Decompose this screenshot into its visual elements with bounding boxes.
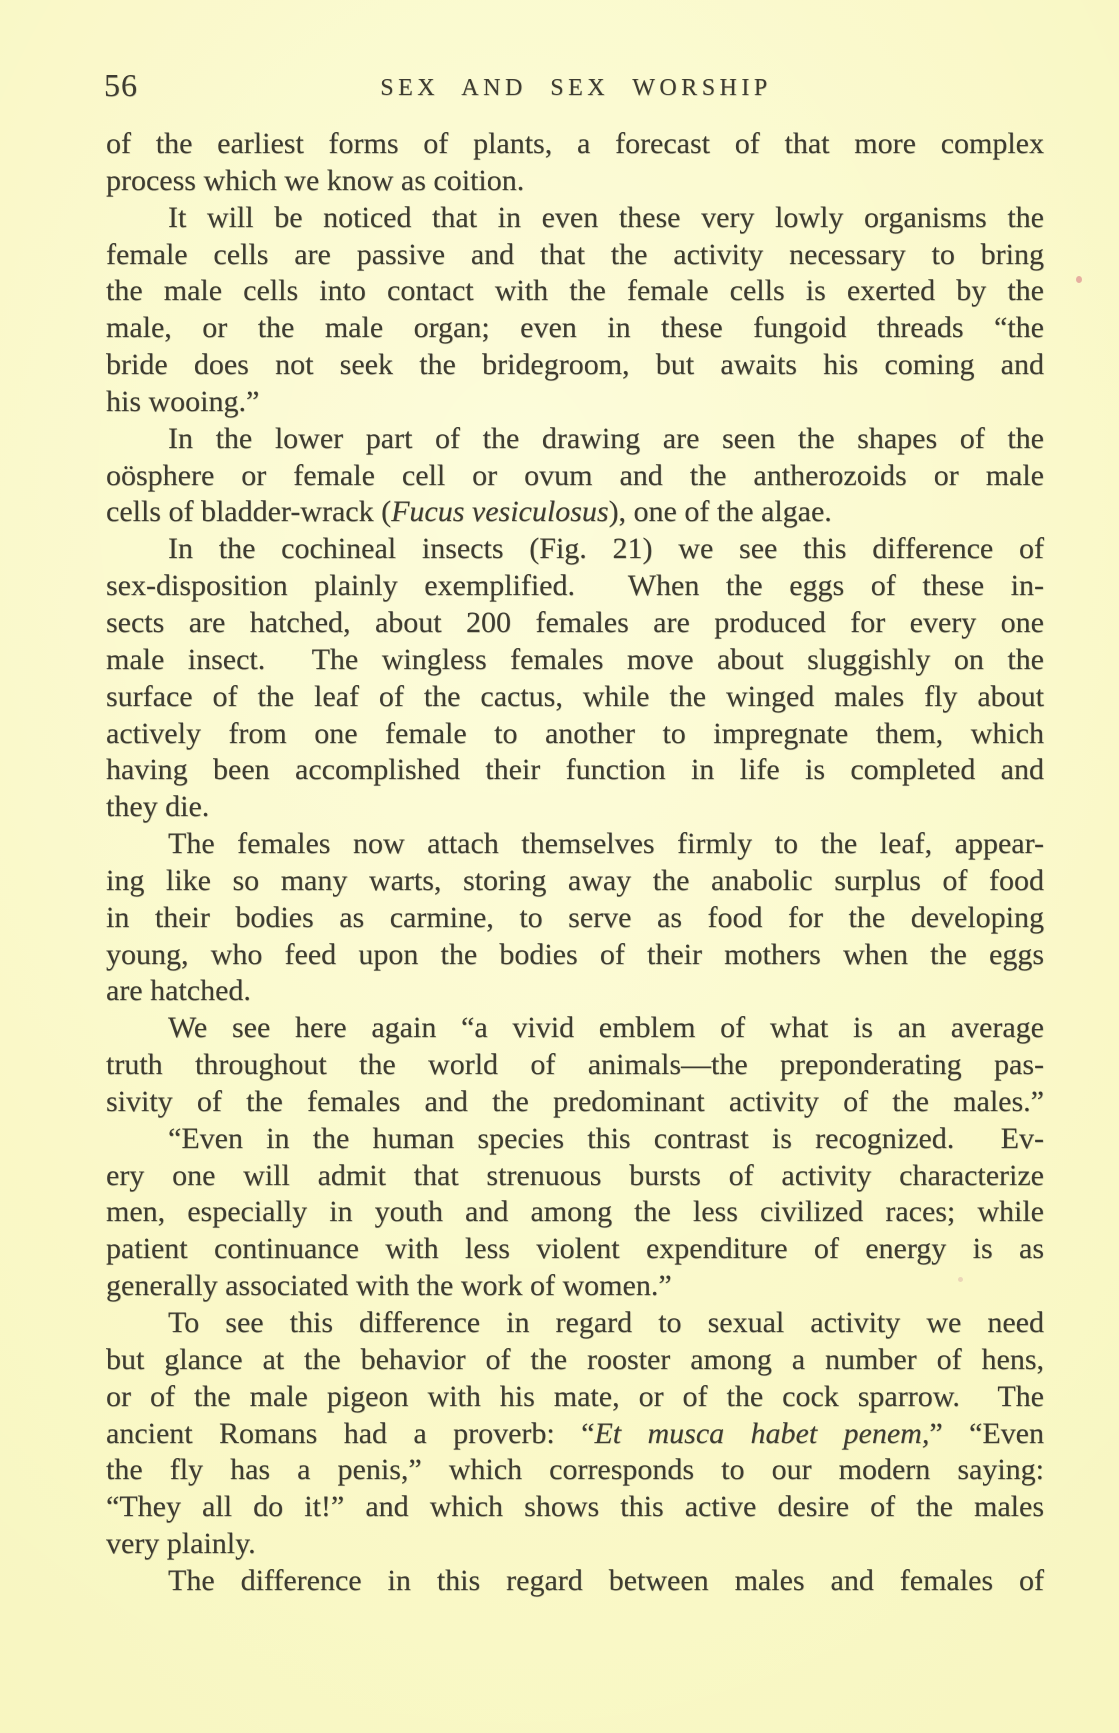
- text-segment: ancient Romans had a proverb: “: [106, 1417, 594, 1450]
- text-line: To see this difference in regard to sexu…: [106, 1305, 1044, 1342]
- text-segment: The females now attach themselves firmly…: [168, 827, 1044, 860]
- scan-speck: [1076, 276, 1082, 283]
- text-line: sivity of the females and the predominan…: [106, 1084, 1044, 1121]
- text-line: “Even in the human species this contrast…: [106, 1121, 1044, 1158]
- text-segment: young, who feed upon the bodies of their…: [106, 938, 1044, 971]
- text-line: his wooing.”: [106, 384, 1044, 421]
- text-segment: sex-disposition plainly exemplified. Whe…: [106, 569, 1044, 602]
- text-segment: truth throughout the world of animals—th…: [106, 1048, 1044, 1081]
- text-segment: oösphere or female cell or ovum and the …: [106, 459, 1044, 492]
- text-line: the male cells into contact with the fem…: [106, 273, 1044, 310]
- text-segment: male insect. The wingless females move a…: [106, 643, 1044, 676]
- text-segment: The difference in this regard between ma…: [168, 1564, 1044, 1597]
- text-segment: process which we know as coition.: [106, 164, 524, 197]
- text-line: men, especially in youth and among the l…: [106, 1194, 1044, 1231]
- book-page: 56 SEX AND SEX WORSHIP of the earliest f…: [0, 0, 1119, 1733]
- text-line: The difference in this regard between ma…: [106, 1563, 1044, 1600]
- text-line: female cells are passive and that the ac…: [106, 237, 1044, 274]
- text-line: young, who feed upon the bodies of their…: [106, 937, 1044, 974]
- text-segment: his wooing.”: [106, 385, 259, 418]
- text-segment: sivity of the females and the predominan…: [106, 1085, 1044, 1118]
- text-segment: ), one of the algae.: [609, 495, 832, 528]
- text-line: It will be noticed that in even these ve…: [106, 200, 1044, 237]
- text-segment: female cells are passive and that the ac…: [106, 238, 1044, 271]
- text-segment: ing like so many warts, storing away the…: [106, 864, 1044, 897]
- text-segment: It will be noticed that in even these ve…: [168, 201, 1044, 234]
- text-segment: actively from one female to another to i…: [106, 717, 1044, 750]
- text-line: In the cochineal insects (Fig. 21) we se…: [106, 531, 1044, 568]
- text-line: In the lower part of the drawing are see…: [106, 421, 1044, 458]
- text-segment: patient continuance with less violent ex…: [106, 1232, 1044, 1265]
- text-line: cells of bladder-wrack (Fucus vesiculosu…: [106, 494, 1044, 531]
- text-line: “They all do it!” and which shows this a…: [106, 1489, 1044, 1526]
- text-segment: the male cells into contact with the fem…: [106, 274, 1044, 307]
- text-line: bride does not seek the bridegroom, but …: [106, 347, 1044, 384]
- text-line: or of the male pigeon with his mate, or …: [106, 1379, 1044, 1416]
- text-line: The females now attach themselves firmly…: [106, 826, 1044, 863]
- italic-text: Et musca habet penem,: [594, 1417, 929, 1450]
- text-line: in their bodies as carmine, to serve as …: [106, 900, 1044, 937]
- text-segment: cells of bladder-wrack (: [106, 495, 391, 528]
- text-segment: ” “Even: [929, 1417, 1044, 1450]
- text-line: We see here again “a vivid emblem of wha…: [106, 1010, 1044, 1047]
- text-segment: generally associated with the work of wo…: [106, 1269, 672, 1302]
- text-segment: To see this difference in regard to sexu…: [168, 1306, 1044, 1339]
- text-line: but glance at the behavior of the rooste…: [106, 1342, 1044, 1379]
- text-line: sex-disposition plainly exemplified. Whe…: [106, 568, 1044, 605]
- text-segment: sects are hatched, about 200 females are…: [106, 606, 1044, 639]
- text-segment: male, or the male organ; even in these f…: [106, 311, 1044, 344]
- text-line: surface of the leaf of the cactus, while…: [106, 679, 1044, 716]
- text-segment: In the cochineal insects (Fig. 21) we se…: [168, 532, 1044, 565]
- text-line: process which we know as coition.: [106, 163, 1044, 200]
- text-line: sects are hatched, about 200 females are…: [106, 605, 1044, 642]
- text-segment: but glance at the behavior of the rooste…: [106, 1343, 1044, 1376]
- text-segment: bride does not seek the bridegroom, but …: [106, 348, 1044, 381]
- text-line: they die.: [106, 789, 1044, 826]
- text-segment: We see here again “a vivid emblem of wha…: [168, 1011, 1044, 1044]
- text-segment: of the earliest forms of plants, a forec…: [106, 127, 1044, 160]
- text-segment: “Even in the human species this contrast…: [168, 1122, 1044, 1155]
- text-segment: ery one will admit that strenuous bursts…: [106, 1159, 1044, 1192]
- text-line: male insect. The wingless females move a…: [106, 642, 1044, 679]
- text-segment: are hatched.: [106, 974, 251, 1007]
- text-segment: men, especially in youth and among the l…: [106, 1195, 1044, 1228]
- text-segment: In the lower part of the drawing are see…: [168, 422, 1044, 455]
- text-segment: “They all do it!” and which shows this a…: [106, 1490, 1044, 1523]
- text-line: patient continuance with less violent ex…: [106, 1231, 1044, 1268]
- text-line: truth throughout the world of animals—th…: [106, 1047, 1044, 1084]
- text-segment: very plainly.: [106, 1527, 256, 1560]
- text-line: very plainly.: [106, 1526, 1044, 1563]
- text-line: ing like so many warts, storing away the…: [106, 863, 1044, 900]
- text-line: generally associated with the work of wo…: [106, 1268, 1044, 1305]
- italic-text: Fucus vesiculosus: [391, 495, 608, 528]
- scan-speck: [958, 1277, 963, 1282]
- text-segment: having been accomplished their function …: [106, 753, 1044, 786]
- text-line: oösphere or female cell or ovum and the …: [106, 458, 1044, 495]
- text-segment: they die.: [106, 790, 209, 823]
- body-text: of the earliest forms of plants, a forec…: [106, 126, 1044, 1600]
- text-line: the fly has a penis,” which corresponds …: [106, 1452, 1044, 1489]
- running-header: SEX AND SEX WORSHIP: [106, 73, 1046, 103]
- text-line: ery one will admit that strenuous bursts…: [106, 1158, 1044, 1195]
- text-segment: surface of the leaf of the cactus, while…: [106, 680, 1044, 713]
- text-line: actively from one female to another to i…: [106, 716, 1044, 753]
- text-segment: the fly has a penis,” which corresponds …: [106, 1453, 1044, 1486]
- text-segment: or of the male pigeon with his mate, or …: [106, 1380, 1044, 1413]
- text-line: of the earliest forms of plants, a forec…: [106, 126, 1044, 163]
- text-line: are hatched.: [106, 973, 1044, 1010]
- text-line: ancient Romans had a proverb: “Et musca …: [106, 1416, 1044, 1453]
- text-segment: in their bodies as carmine, to serve as …: [106, 901, 1044, 934]
- text-line: having been accomplished their function …: [106, 752, 1044, 789]
- text-line: male, or the male organ; even in these f…: [106, 310, 1044, 347]
